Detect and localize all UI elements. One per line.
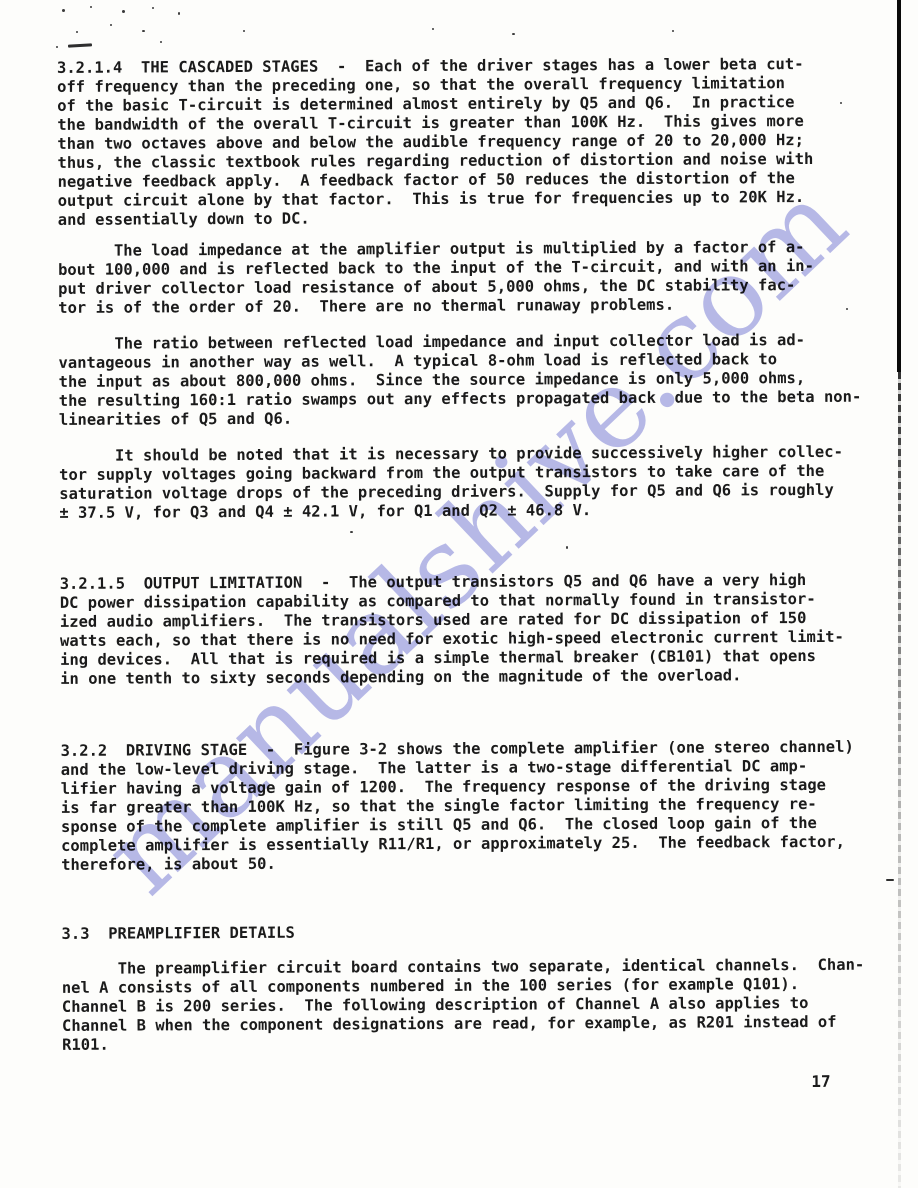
scan-edge-line-solid	[897, 0, 901, 372]
section-3-2-2-driving-stage: 3.2.2 DRIVING STAGE - Figure 3-2 shows t…	[61, 737, 918, 875]
page-number: 17	[811, 1071, 918, 1091]
paragraph-preamplifier: The preamplifier circuit board contains …	[62, 955, 918, 1055]
heading-3-3-preamplifier-details: 3.3 PREAMPLIFIER DETAILS	[61, 920, 918, 944]
section-3-2-1-4-cascaded-stages: 3.2.1.4 THE CASCADED STAGES - Each of th…	[57, 54, 918, 230]
scanned-manual-page: 3.2.1.4 THE CASCADED STAGES - Each of th…	[0, 0, 918, 1188]
paragraph-collector-supply: It should be noted that it is necessary …	[59, 442, 918, 523]
paragraph-reflected-ratio: The ratio between reflected load impedan…	[58, 330, 918, 430]
scan-edge-line-faded	[898, 372, 901, 1188]
page-text: 3.2.1.4 THE CASCADED STAGES - Each of th…	[0, 0, 918, 1095]
paragraph-load-impedance: The load impedance at the amplifier outp…	[58, 237, 918, 318]
section-3-2-1-5-output-limitation: 3.2.1.5 OUTPUT LIMITATION - The output t…	[60, 570, 918, 689]
